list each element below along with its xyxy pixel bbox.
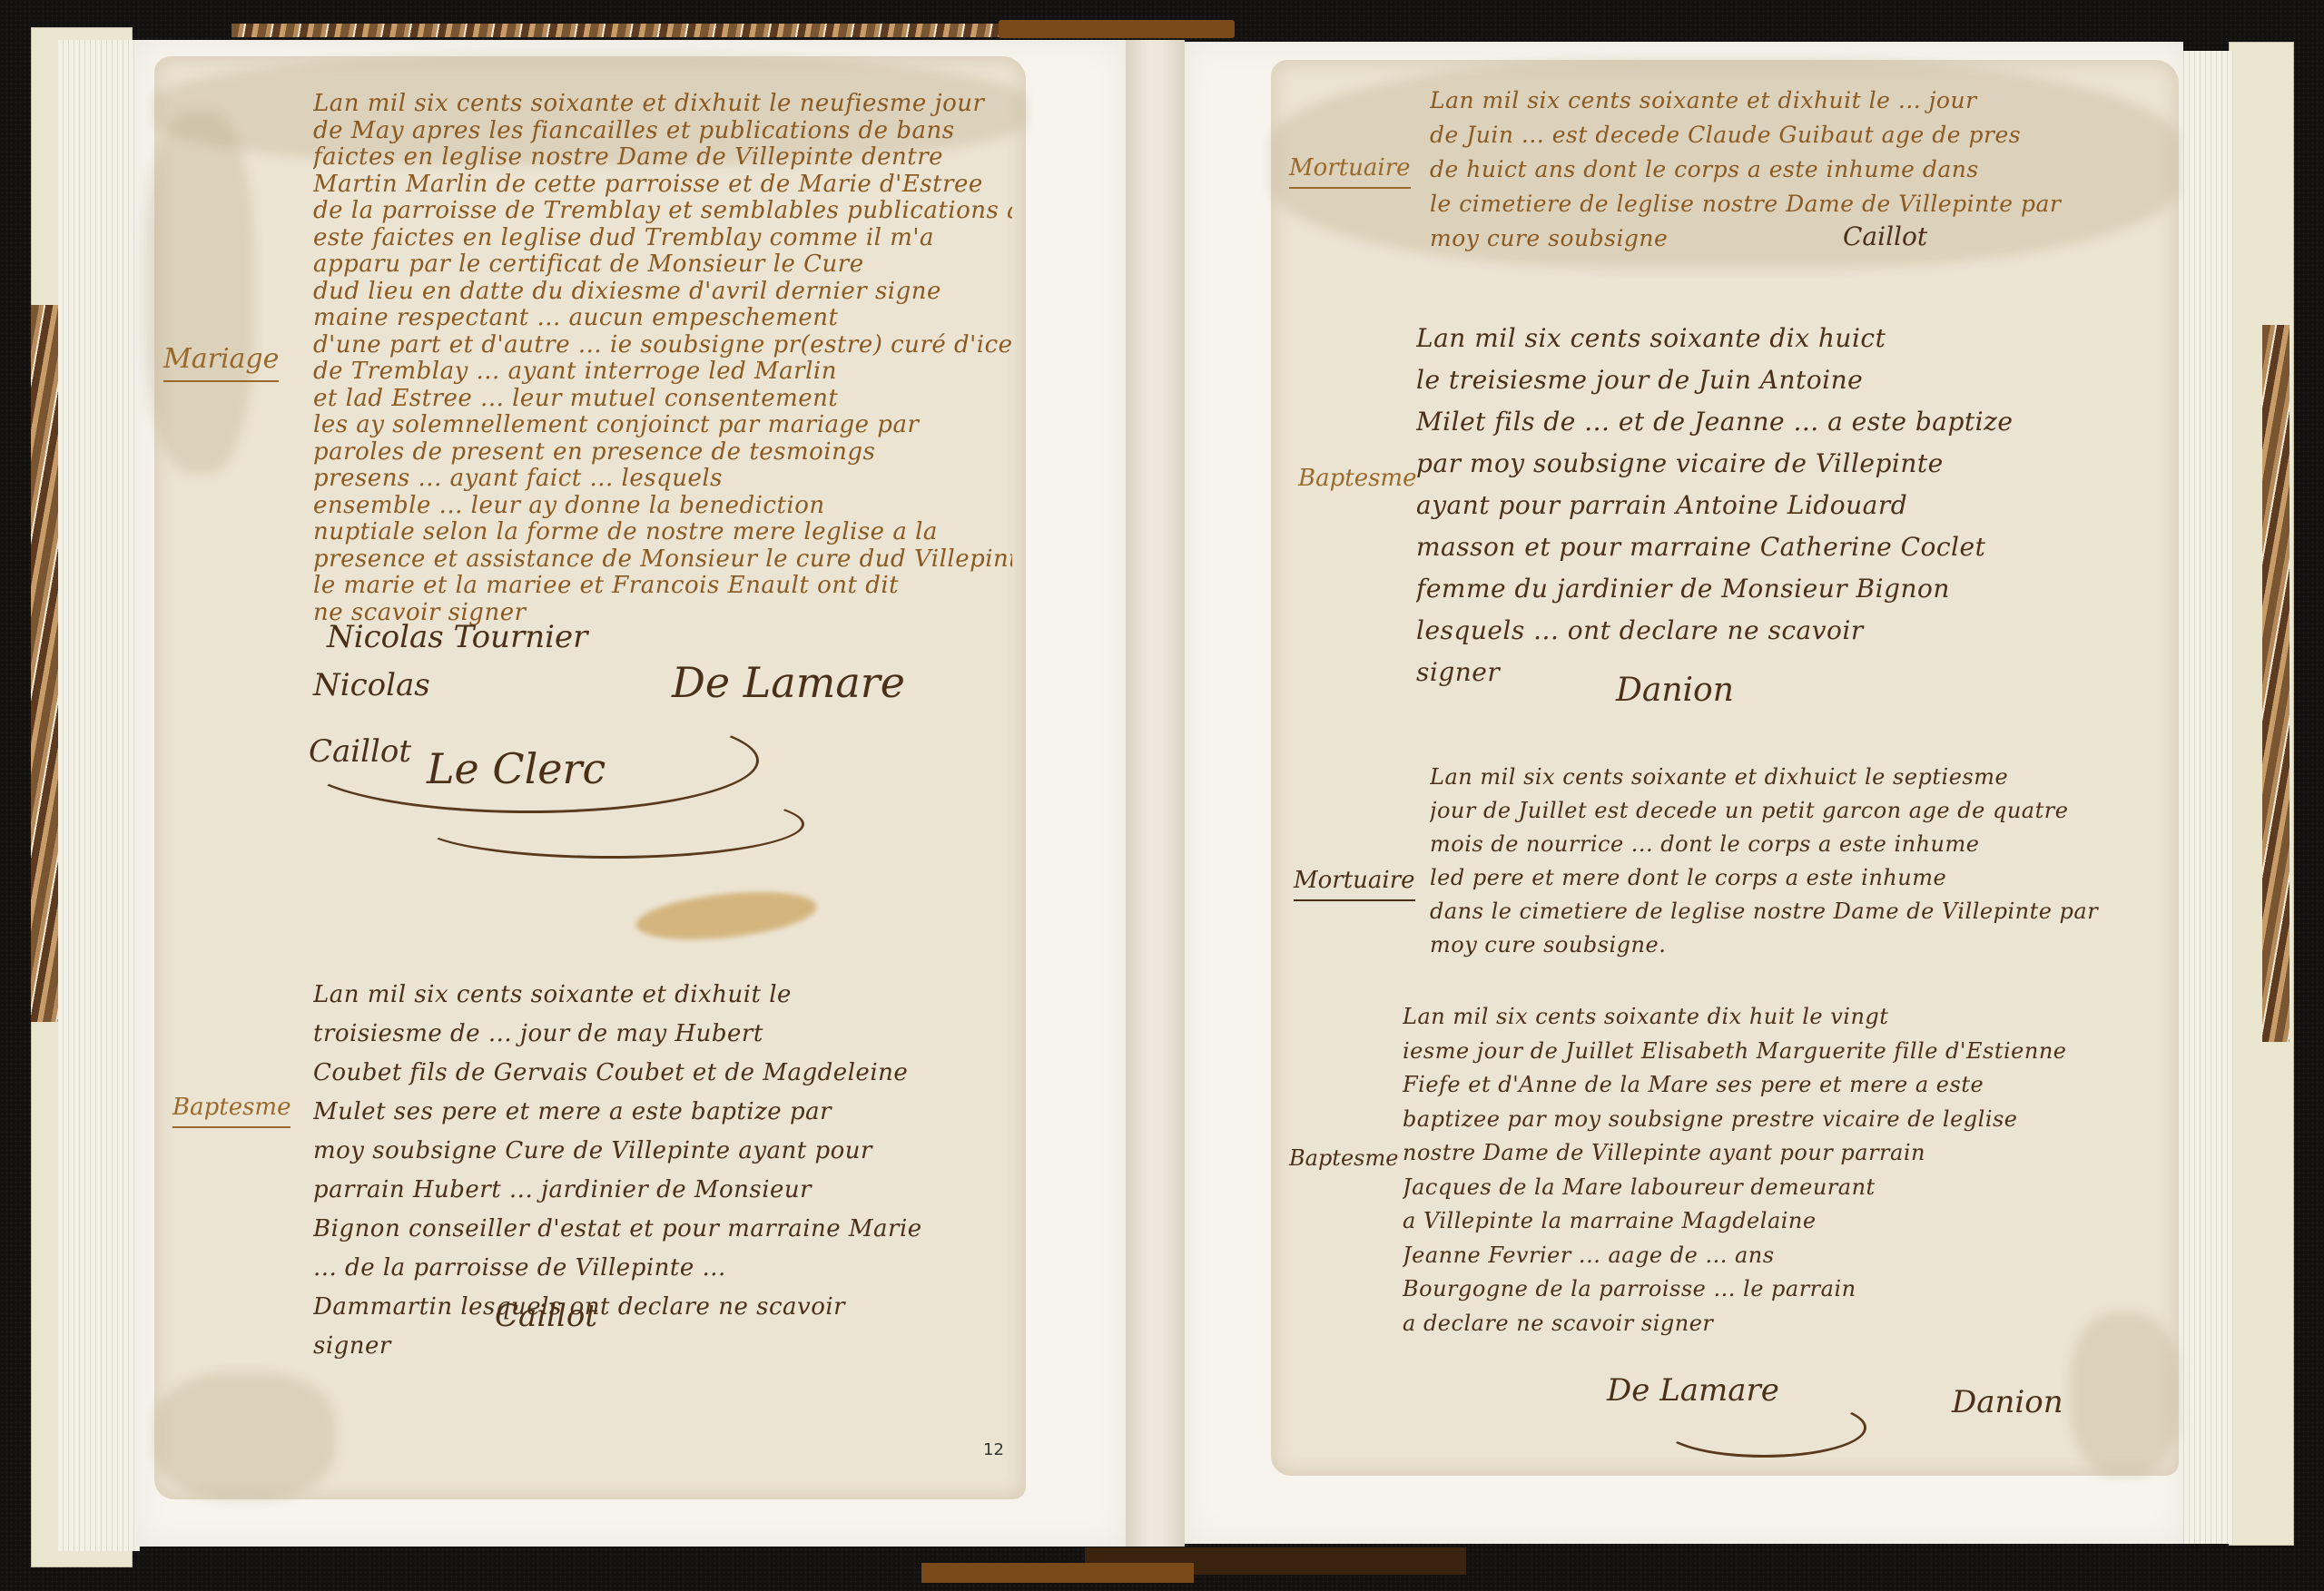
spine-tailcap <box>921 1563 1194 1583</box>
margin-label-baptesme: Baptesme <box>1298 465 1416 497</box>
page-stack-right <box>2179 51 2233 1544</box>
signature-danion: Danion <box>1952 1384 2063 1420</box>
entry-baptesme-right-1: Lan mil six cents soixante dix huict le … <box>1416 318 2170 693</box>
signature-flourish <box>418 790 804 859</box>
signature-nicolas-tournier: Nicolas Tournier <box>327 619 587 655</box>
margin-label-baptesme: Baptesme <box>1289 1145 1398 1176</box>
margin-label-mortuaire: Mortuaire <box>1294 867 1415 901</box>
signature-de-lamare: De Lamare <box>672 658 905 707</box>
signature-nicolas: Nicolas <box>313 667 430 703</box>
entry-mortuaire-1: Lan mil six cents soixante et dixhuit le… <box>1430 83 2156 256</box>
page-number: 12 <box>983 1440 1004 1459</box>
spine-headcap <box>999 20 1235 38</box>
open-register-book: Mariage Lan mil six cents soixante et di… <box>0 0 2324 1591</box>
entry-baptesme-left: Lan mil six cents soixante et dixhuit le… <box>313 976 1012 1366</box>
signature-flourish <box>1661 1398 1866 1458</box>
entry-baptesme-right-2: Lan mil six cents soixante dix huit le v… <box>1403 1000 2165 1341</box>
entry-mortuaire-2: Lan mil six cents soixante et dixhuict l… <box>1430 761 2174 962</box>
book-gutter <box>1126 40 1185 1547</box>
signature-danion: Danion <box>1616 672 1734 709</box>
entry-mariage: Lan mil six cents soixante et dixhuit le… <box>313 91 1012 626</box>
signature-caillot: Caillot <box>495 1298 597 1334</box>
signature-caillot: Caillot <box>1843 221 1927 251</box>
marbled-cover-left <box>31 305 58 1022</box>
margin-label-baptesme: Baptesme <box>172 1094 290 1128</box>
margin-label-mortuaire: Mortuaire <box>1289 154 1411 189</box>
margin-label-mariage: Mariage <box>163 343 279 382</box>
page-stack-left <box>58 40 140 1551</box>
marbled-cover-right <box>2262 325 2290 1042</box>
marbled-cover-top <box>231 24 1049 37</box>
